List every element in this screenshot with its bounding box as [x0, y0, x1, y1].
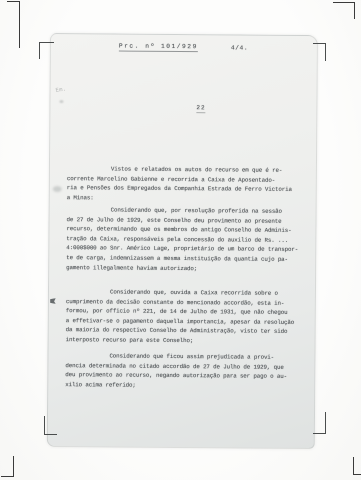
text-line: gamento illegalmente haviam autorizado;	[66, 263, 306, 274]
registration-mark-outer-bottom-left	[1, 456, 14, 477]
registration-mark-inner-bottom-right	[313, 412, 326, 434]
paragraph-2: Considerando que, por resolução proferid…	[66, 205, 307, 274]
text-line: a Minas:	[67, 193, 307, 204]
paragraph-1: Vistos e relatados os autos do recurso e…	[67, 164, 307, 204]
document-paper: Prc. nº 101/929 4/4. Em. 22 Vistos e rel…	[47, 33, 318, 449]
registration-mark-outer-top-left	[7, 1, 20, 48]
paper-speck	[59, 100, 63, 103]
registration-mark-inner-top-left	[39, 42, 54, 59]
text-line: xilio acima referido;	[65, 380, 305, 391]
text-line: ria e Pensões dos Empregados da Companhi…	[67, 183, 307, 194]
registration-mark-outer-bottom-right	[353, 457, 361, 475]
paragraph-3: Considerando que, ouvida a Caixa recorri…	[66, 287, 306, 346]
paragraph-4: Considerando que ficou assim prejudicada…	[65, 351, 305, 391]
registration-mark-outer-top-right	[333, 2, 355, 19]
registration-mark-inner-bottom-left	[44, 416, 57, 435]
microfilm-scan: { "document": { "header": { "process_num…	[0, 0, 361, 480]
text-line: interposto recurso para este Conselho;	[66, 335, 306, 346]
document-body: Vistos e relatados os autos do recurso e…	[48, 34, 317, 448]
registration-mark-inner-top-right	[313, 43, 326, 61]
paper-stain	[53, 186, 62, 192]
